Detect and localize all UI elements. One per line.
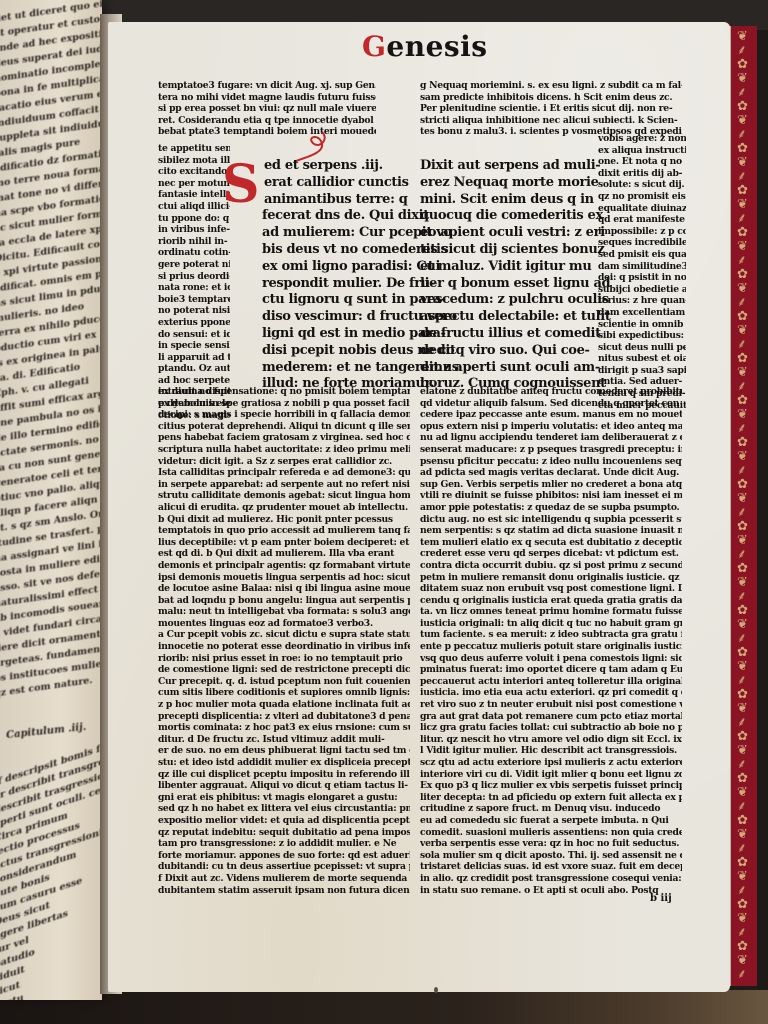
gloss-line: si pp erea posset bn viui: qz null male … <box>158 103 376 115</box>
gloss-line: tum faciente. s ea meruit: z ideo subtra… <box>420 629 682 641</box>
gloss-line: stricti aliqua inhibitione nec alicui su… <box>420 115 682 127</box>
gloss-line: ex diuina dispensatione: q no pmisit boi… <box>158 386 410 398</box>
gloss-line: b Qui dixit ad mulierez. Hic ponit pnter… <box>158 514 410 526</box>
running-head: Genesis <box>362 30 488 63</box>
gloss-line: cendu q originalis iusticia erat queda g… <box>420 595 682 607</box>
gloss-line: temptatois in quo prio accessit ad mulie… <box>158 525 410 537</box>
bible-line: ex omi ligno paradisi: Cui <box>262 259 430 276</box>
gloss-line: te appetitu sen- <box>158 143 230 155</box>
gloss-line: Ex quo p3 q licz mulier ex vbis serpetis… <box>420 780 682 792</box>
bible-line: vescedum: z pulchru oculis <box>420 292 588 309</box>
gloss-line: scientie in omnib <box>598 319 686 331</box>
gloss-line: psensu pficitur peccatu: z ideo nullu in… <box>420 456 682 468</box>
gloss-line: ex aliqua instructi- <box>598 145 686 157</box>
vine-leaf-icon: ⸙ <box>737 884 749 898</box>
gloss-line: si prius deordi- <box>158 271 230 283</box>
vine-leaf-icon: ❦ <box>737 828 749 842</box>
gloss-line: a Cur pcepit vobis zc. sicut dictu e sup… <box>158 629 410 641</box>
gloss-line: bat ad loqndu p bonu angelu: lingua aut … <box>158 595 410 607</box>
gloss-line: de comestione ligni: sed de restrictone … <box>158 664 410 676</box>
vine-leaf-icon: ✿ <box>737 478 749 492</box>
vine-leaf-icon: ✿ <box>737 436 749 450</box>
gloss-line: petm in muliere remansit donu originalis… <box>420 572 682 584</box>
gloss-line: tem mulieri elatio ex q secuta est dubit… <box>420 537 682 549</box>
vine-leaf-icon: ⸙ <box>737 800 749 814</box>
gloss-line: decipi: s magis i specie horribili in q … <box>158 409 410 421</box>
bible-line: mini. Scit enim deus q in <box>420 192 588 209</box>
gloss-line: Per plenitudine scientie. i Et eritis si… <box>420 103 682 115</box>
gloss-line: eu ad comededu sic fuerat a serpete imbu… <box>420 815 682 827</box>
gloss-line: in statu suo remane. o Et apti st oculi … <box>420 885 682 897</box>
gloss-line: pminatus fuerat: imo oportet dicere q ta… <box>420 664 682 676</box>
vine-leaf-icon: ❦ <box>737 450 749 464</box>
gloss-line: equalitate diuinaz <box>598 203 686 215</box>
vine-leaf-icon: ⸙ <box>737 296 749 310</box>
gloss-line: tristaret delicias suas. id est vxore su… <box>420 861 682 873</box>
vine-leaf-icon: ❦ <box>737 366 749 380</box>
gloss-line: licz gra gratu facies tollat: cui subtra… <box>420 722 682 734</box>
gloss-line: riorib: nisi prius esset in roe: io no t… <box>158 653 410 665</box>
vine-leaf-icon: ✿ <box>737 562 749 576</box>
gloss-line: dirigit p sua3 sapi- <box>598 365 686 377</box>
gloss-bottom-left: ex diuina dispensatione: q no pmisit boi… <box>158 386 410 896</box>
gloss-line: alicui di erudita. qz prudenter mouet ab… <box>158 502 410 514</box>
bible-line: bis deus vt no comederetis <box>262 242 430 259</box>
gloss-line: critudine z sapore fruct. m Denuq visu. … <box>420 803 682 815</box>
gloss-line: sicut deus nulli pe- <box>598 342 686 354</box>
bible-line: de fructu illius et comedit <box>420 326 588 343</box>
vine-leaf-icon: ✿ <box>737 58 749 72</box>
gloss-line: liter decepta: tn ad pficiedu op extern … <box>420 792 682 804</box>
signature-mark: b iij <box>650 893 672 904</box>
gloss-line: peccauerut actu interiori anteq tolleret… <box>420 676 682 688</box>
gloss-line: elatone z dubitatioe anteq fructu comede… <box>420 386 682 398</box>
vine-leaf-icon: ⸙ <box>737 44 749 58</box>
gloss-line: tam pro transgressione: z io addidit mul… <box>158 838 410 850</box>
vine-leaf-icon: ✿ <box>737 688 749 702</box>
gloss-line: sed qz h no habet ex littera vel eius ci… <box>158 803 410 815</box>
vine-leaf-icon: ⸙ <box>737 464 749 478</box>
gloss-line: vobis agere: z non <box>598 133 686 145</box>
bible-line: lier q bonum esset lignu ad <box>420 276 588 293</box>
vine-leaf-icon: ❦ <box>737 240 749 254</box>
gloss-line: lius deceptibile: vt p eam pnter boiem d… <box>158 537 410 549</box>
gloss-line: crederet esse veru qd serpes dicebat: vt… <box>420 548 682 560</box>
gloss-line: libenter aggrauat. Aliqui vo dicut q eti… <box>158 780 410 792</box>
gloss-line: qz reputat indebitu: sequit dubitatio ad… <box>158 827 410 839</box>
vine-leaf-icon: ✿ <box>737 184 749 198</box>
gloss-line: tera no mihi videt magne laudis futuru f… <box>158 92 376 104</box>
gloss-line: ente p peccatuz mulieris potuit stare or… <box>420 641 682 653</box>
gloss-line: li apparuit ad te <box>158 352 230 364</box>
gloss-line: z p hoc mulier mota quada elatione incli… <box>158 699 410 711</box>
gloss-line: iusticia originali: tn aliq dicit q tuc … <box>420 618 682 630</box>
gloss-line: verba serpentis esse vera: qz in hoc no … <box>420 838 682 850</box>
gloss-line: fantasie intelle- <box>158 189 230 201</box>
gloss-line: sola mulier sm q dicit aposto. Thi. ij. … <box>420 850 682 862</box>
vine-leaf-icon: ❦ <box>737 156 749 170</box>
bible-line: diso vescimur: d fructu vero <box>262 309 430 326</box>
vine-leaf-icon: ❦ <box>737 198 749 212</box>
vine-leaf-icon: ❦ <box>737 744 749 758</box>
vine-leaf-icon: ✿ <box>737 394 749 408</box>
gloss-line: sibi expedictibus: <box>598 330 686 342</box>
gloss-line: cito excitando: <box>158 166 230 178</box>
gloss-line: cedere ipaz peccasse ante esum. manus em… <box>420 409 682 421</box>
gloss-top-right: g Nequaq moriemini. s. ex esu ligni. z s… <box>420 80 682 138</box>
gloss-line: Cur precepit. q. d. istud pceptum non fu… <box>158 676 410 688</box>
bible-line: disi pcepit nobis deus ne co <box>262 343 430 360</box>
running-head-rubric-initial: G <box>362 30 386 63</box>
gloss-line: seques incredibile <box>598 237 686 249</box>
vine-leaf-icon: ✿ <box>737 268 749 282</box>
gloss-line: ipsi demonis mouetis lingua serpentis ad… <box>158 572 410 584</box>
gloss-line: strutu calliditate demonis agebat: sicut… <box>158 490 410 502</box>
gloss-line: ta. vn licz omnes teneat primu homine fo… <box>420 606 682 618</box>
gloss-line: cum sitis libere coditionis et supiores … <box>158 687 410 699</box>
gloss-line: g Nequaq moriemini. s. ex esu ligni. z s… <box>420 80 682 92</box>
book-photograph: fiet ut diceret quo eius Edenet operatur… <box>0 0 768 1024</box>
gloss-line: bebat ptate3 temptandi boiem interi moue… <box>158 126 376 138</box>
bible-line: respondit mulier. De fru- <box>262 276 430 293</box>
gloss-line: sibilez mota illi- <box>158 155 230 167</box>
vine-leaf-icon: ⸙ <box>737 548 749 562</box>
gloss-line: sam predicte inhibitois dicens. h Scit e… <box>420 92 682 104</box>
gloss-line: gni erat eis phibitus: vt magis elongare… <box>158 792 410 804</box>
gloss-line: scz qtu ad actu exteriore ipsi mulieris … <box>420 757 682 769</box>
vine-leaf-icon: ⸙ <box>737 968 749 982</box>
gloss-line: ditur. d De fructu zc. Istud vltimuz add… <box>158 734 410 746</box>
vine-leaf-icon: ❦ <box>737 912 749 926</box>
gloss-line: solute: s sicut dij. <box>598 179 686 191</box>
vine-leaf-icon: ❦ <box>737 954 749 968</box>
gloss-line: vsq quo deus auferre voluit i pena comes… <box>420 653 682 665</box>
bible-text-right: Dixit aut serpens ad muli-erez Nequaq mo… <box>420 158 588 393</box>
gloss-bottom-right: elatone z dubitatioe anteq fructu comede… <box>420 386 682 896</box>
gloss-line: dictu aug. no est sic intelligendu q sup… <box>420 514 682 526</box>
bible-line: aspectu delectabile: et tulit <box>420 309 588 326</box>
gloss-line: forte moriamur. appones de suo forte: qd… <box>158 850 410 862</box>
gloss-line: mouentes linguas eoz ad formatoe3 verbo3… <box>158 618 410 630</box>
bible-line: animantibus terre: q <box>262 192 430 209</box>
bible-line: Dixit aut serpens ad muli- <box>420 158 588 175</box>
gloss-line: sup Gen. Verbis serpetis mlier no creder… <box>420 479 682 491</box>
gloss-line: ordinatu cotin- <box>158 247 230 259</box>
vine-leaf-icon: ✿ <box>737 730 749 744</box>
vine-leaf-icon: ❦ <box>737 282 749 296</box>
gloss-line: ctui aliqd illici- <box>158 201 230 213</box>
gloss-line: sed pmisit eis qua- <box>598 249 686 261</box>
gloss-line: mortis cominata: z hoc pat3 ex eius rnsi… <box>158 722 410 734</box>
vine-leaf-icon: ✿ <box>737 310 749 324</box>
vine-leaf-icon: ❦ <box>737 870 749 884</box>
gloss-line: exterius ppone <box>158 317 230 329</box>
rubricated-initial: S <box>222 160 266 210</box>
vine-leaf-icon: ⸙ <box>737 590 749 604</box>
vine-leaf-icon: ✿ <box>737 352 749 366</box>
vine-leaf-icon: ❦ <box>737 492 749 506</box>
gloss-line: p dyabolu in spe gratiosa z nobili p qua… <box>158 398 410 410</box>
vine-leaf-icon: ✿ <box>737 772 749 786</box>
vine-leaf-icon: ❦ <box>737 408 749 422</box>
vine-leaf-icon: ⸙ <box>737 380 749 394</box>
gloss-line: Ista calliditas principalr refereda e ad… <box>158 467 410 479</box>
vine-leaf-icon: ❦ <box>737 618 749 632</box>
gloss-line: videtur: dicit igit. a Sz z serpes erat … <box>158 456 410 468</box>
background-bottom <box>0 990 768 1024</box>
gloss-line: dubitandi: cu tn deus assertiue pcepisse… <box>158 861 410 873</box>
vine-leaf-icon: ✿ <box>737 856 749 870</box>
vine-leaf-icon: ❦ <box>737 660 749 674</box>
vine-leaf-icon: ❦ <box>737 324 749 338</box>
vine-leaf-icon: ❦ <box>737 114 749 128</box>
gloss-top-left: temptatoe3 fugare: vn dicit Aug. xj. sup… <box>158 80 376 138</box>
bible-line: ed et serpens .iij. <box>262 158 430 175</box>
gloss-line: iusticia. imo etia eua actu exteriori. q… <box>420 687 682 699</box>
vine-leaf-icon: ✿ <box>737 898 749 912</box>
gloss-line: impossibile: z p co <box>598 226 686 238</box>
vine-leaf-icon: ⸙ <box>737 212 749 226</box>
gloss-line: f Dixit aut zc. Videns mulierem de morte… <box>158 873 410 885</box>
gloss-line: nu ad lignu accipiendu tenderet iam deli… <box>420 432 682 444</box>
gloss-line: scriptura nulla habet auctoritate: z ide… <box>158 444 410 456</box>
vine-leaf-icon: ⸙ <box>737 632 749 646</box>
vine-leaf-icon: ✿ <box>737 604 749 618</box>
paper-spot <box>434 987 438 993</box>
gloss-narrow-left: te appetitu sen-sibilez mota illi-cito e… <box>158 143 230 421</box>
gloss-line: no poterat nisi <box>158 305 230 317</box>
bible-line: mederem: et ne tangeremus <box>262 360 430 377</box>
gloss-line: amor ppie potestatis: z quedaz de se sup… <box>420 502 682 514</box>
gloss-line: citius poterat deprehendi. Aliqui tn dic… <box>158 421 410 433</box>
gloss-line: precepti displicentia: z vlteri ad dubit… <box>158 711 410 723</box>
gloss-line: in serpete apparebat: ad serpente aut no… <box>158 479 410 491</box>
gloss-line: litur. qz nescit ho vtru amore vel odio … <box>420 734 682 746</box>
gloss-line: malu: neut tn intelligebat vba formata: … <box>158 606 410 618</box>
vine-leaf-icon: ❦ <box>737 534 749 548</box>
bible-line: quocuq die comederitis ex <box>420 208 588 225</box>
gloss-line: demonis et principalr agentis: qz formab… <box>158 560 410 572</box>
gloss-line: vtili re diuinit se fuisse phibitos: nis… <box>420 490 682 502</box>
bible-line: erez Nequaq morte morie <box>420 175 588 192</box>
bible-line: dit z aperti sunt oculi am- <box>420 360 588 377</box>
gloss-line: contra dicta occurrit dubiu. qz si post … <box>420 560 682 572</box>
gloss-line: dam similitudine3 <box>598 261 686 273</box>
gloss-line: subijci obedietie al <box>598 284 686 296</box>
bible-line: deditq viro suo. Qui coe- <box>420 343 588 360</box>
bible-line: eo apient oculi vestri: z eri <box>420 225 588 242</box>
gloss-line: in specie sensibi <box>158 340 230 352</box>
bible-line: ctu lignoru q sunt in para- <box>262 292 430 309</box>
gloss-line: tu ppone do: q a <box>158 213 230 225</box>
gloss-line: ditatem suaz non erubuit vsq post comest… <box>420 583 682 595</box>
gloss-line: dixit eritis dij ab- <box>598 168 686 180</box>
gloss-line: dubitantem statim asseruit ipsam non fut… <box>158 885 410 897</box>
gloss-line: stu: et ideo istd addidit mulier ex disp… <box>158 757 410 769</box>
gloss-line: nata rone: et io <box>158 282 230 294</box>
vine-leaf-icon: ✿ <box>737 142 749 156</box>
gloss-line: pens habebat faciem gratosam z virginea.… <box>158 432 410 444</box>
vine-leaf-icon: ⸙ <box>737 842 749 856</box>
gloss-line: terius: z hre quan- <box>598 295 686 307</box>
vine-leaf-icon: ✿ <box>737 520 749 534</box>
gloss-line: ptandu. Oz aut <box>158 363 230 375</box>
vine-leaf-icon: ⸙ <box>737 506 749 520</box>
vine-leaf-icon: ⸙ <box>737 338 749 352</box>
gloss-line: riorib nihil in- <box>158 236 230 248</box>
gloss-line: ad pdicta sed magis veritas declarat. Un… <box>420 467 682 479</box>
vine-leaf-icon: ❦ <box>737 576 749 590</box>
vine-leaf-icon: ⸙ <box>737 128 749 142</box>
bible-line: erat callidior cunctis <box>262 175 430 192</box>
gloss-line: do sensui: et ido <box>158 329 230 341</box>
gloss-line: ad hoc serpete3 <box>158 375 230 387</box>
gloss-line: ret. Cosiderandu etia q tpe innocetie dy… <box>158 115 376 127</box>
bible-line: ligni qd est in medio para- <box>262 326 430 343</box>
gloss-line: interiore viri cu di. Vidit igit mlier q… <box>420 769 682 781</box>
running-head-rest: enesis <box>386 30 487 63</box>
red-gilt-binding-edge: ❦⸙✿❦⸙✿❦⸙✿❦⸙✿❦⸙✿❦⸙✿❦⸙✿❦⸙✿❦⸙✿❦⸙✿❦⸙✿❦⸙✿❦⸙✿❦… <box>728 26 757 986</box>
vine-leaf-icon: ✿ <box>737 814 749 828</box>
gloss-line: est qd di. b Qui dixit ad mulierem. Illa… <box>158 548 410 560</box>
bible-line: tis sicut dij scientes bonuz <box>420 242 588 259</box>
vine-leaf-icon: ⸙ <box>737 170 749 184</box>
gloss-line: opus extern nisi p imperiu volutatis: et… <box>420 421 682 433</box>
vine-leaf-icon: ✿ <box>737 100 749 114</box>
vine-leaf-icon: ⸙ <box>737 674 749 688</box>
gloss-line: in alio. qz credidit post transgressione… <box>420 873 682 885</box>
gloss-line: dam excellentiam <box>598 307 686 319</box>
gloss-line: de locutoe asine Balaa: nisi q ibi lingu… <box>158 583 410 595</box>
gloss-line: gra aut grat data pot remanere cum pcto … <box>420 711 682 723</box>
left-page: fiet ut diceret quo eius Edenet operatur… <box>0 0 102 1000</box>
gloss-line: nem serpentis: s qz statim ad dicta suas… <box>420 525 682 537</box>
gloss-line: in viribus infe- <box>158 224 230 236</box>
gloss-line: innocetie no poterat esse deordinatio in… <box>158 641 410 653</box>
gloss-line: temptatoe3 fugare: vn dicit Aug. xj. sup… <box>158 80 376 92</box>
vine-leaf-icon: ❦ <box>737 30 749 44</box>
gloss-line: dei: q psistit in non <box>598 272 686 284</box>
gloss-line: qz ille cui displicet pceptu impositu in… <box>158 769 410 781</box>
gloss-line: qd videtur aliquib falsum. Sed dicendu q… <box>420 398 682 410</box>
gloss-line: qz no promisit eis <box>598 191 686 203</box>
gloss-narrow-right: vobis agere: z nonex aliqua instructi-on… <box>598 133 686 411</box>
gloss-line: nitus subest et oia <box>598 353 686 365</box>
vine-leaf-icon: ❦ <box>737 702 749 716</box>
bible-line: fecerat dns de. Qui dixit <box>262 208 430 225</box>
gloss-line: expositio melior videt: et quia ad displ… <box>158 815 410 827</box>
vine-leaf-icon: ✿ <box>737 940 749 954</box>
gloss-line: gere poterat ni- <box>158 259 230 271</box>
gloss-line: l Vidit igitur mulier. Hic describit act… <box>420 745 682 757</box>
vine-leaf-icon: ⸙ <box>737 758 749 772</box>
gloss-line: nec per motum <box>158 178 230 190</box>
gloss-line: senserat maducare: z p pseques trasgredi… <box>420 444 682 456</box>
gloss-line: ret viro suo z tn neuter erubuit nisi po… <box>420 699 682 711</box>
gloss-line: qd erat manifeste <box>598 214 686 226</box>
bible-line: et maluz. Vidit igitur mu <box>420 259 588 276</box>
vine-leaf-icon: ⸙ <box>737 422 749 436</box>
gloss-line: boie3 temptare <box>158 294 230 306</box>
vine-leaf-icon: ❦ <box>737 786 749 800</box>
vine-leaf-icon: ⸙ <box>737 926 749 940</box>
vine-leaf-icon: ❦ <box>737 72 749 86</box>
left-chapter-heading: Capitulum .iij. <box>6 722 87 741</box>
gloss-line: one. Et nota q no <box>598 156 686 168</box>
bible-line: ad mulierem: Cur pcepit vo <box>262 225 430 242</box>
vine-leaf-icon: ✿ <box>737 226 749 240</box>
vine-leaf-icon: ⸙ <box>737 254 749 268</box>
vine-leaf-icon: ✿ <box>737 646 749 660</box>
vine-leaf-icon: ⸙ <box>737 86 749 100</box>
bible-text-left: ed et serpens .iij.erat callidior cuncti… <box>262 158 430 393</box>
vine-leaf-icon: ⸙ <box>737 716 749 730</box>
gloss-line: comedit. suasioni mulieris assentiens: n… <box>420 827 682 839</box>
gloss-line: er de suo. no em deus phibuerat ligni ta… <box>158 745 410 757</box>
